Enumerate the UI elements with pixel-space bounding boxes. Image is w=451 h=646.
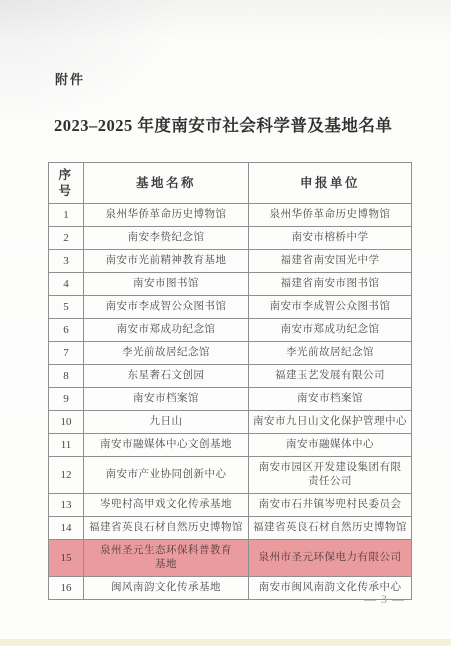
base-name-cell: 泉州华侨革命历史博物馆 — [84, 204, 249, 227]
base-list-table: 序号 基地名称 申报单位 1 泉州华侨革命历史博物馆 泉州华侨革命历史博物馆 2… — [48, 162, 412, 600]
table-row: 11 南安市融媒体中心文创基地 南安市融媒体中心 — [49, 434, 412, 457]
base-name-cell: 李光前故居纪念馆 — [84, 342, 249, 365]
declaring-unit-cell: 泉州华侨革命历史博物馆 — [249, 204, 412, 227]
declaring-unit-cell: 南安市九日山文化保护管理中心 — [249, 411, 412, 434]
declaring-unit-cell: 南安市郑成功纪念馆 — [249, 319, 412, 342]
serial-number-cell: 2 — [49, 227, 84, 250]
attachment-label: 附件 — [55, 69, 85, 88]
serial-number-cell: 6 — [49, 319, 84, 342]
base-name-cell: 南安市李成智公众图书馆 — [84, 296, 249, 319]
table-row: 5 南安市李成智公众图书馆 南安市李成智公众图书馆 — [49, 296, 412, 319]
table-row: 13 岑兜村高甲戏文化传承基地 南安市石井镇岑兜村民委员会 — [49, 494, 412, 517]
serial-number-cell: 8 — [49, 365, 84, 388]
declaring-unit-cell: 福建省南安市图书馆 — [249, 273, 412, 296]
serial-number-cell: 12 — [49, 457, 84, 494]
base-name-cell: 福建省英良石材自然历史博物馆 — [84, 517, 249, 540]
table-row: 7 李光前故居纪念馆 李光前故居纪念馆 — [49, 342, 412, 365]
declaring-unit-cell: 福建省南安国光中学 — [249, 250, 412, 273]
declaring-unit-cell: 李光前故居纪念馆 — [249, 342, 412, 365]
base-name-cell: 南安市光前精神教育基地 — [84, 250, 249, 273]
table-row: 6 南安市郑成功纪念馆 南安市郑成功纪念馆 — [49, 319, 412, 342]
declaring-unit-cell: 南安市李成智公众图书馆 — [249, 296, 412, 319]
table-row: 10 九日山 南安市九日山文化保护管理中心 — [49, 411, 412, 434]
declaring-unit-cell: 南安市融媒体中心 — [249, 434, 412, 457]
header-base-name: 基地名称 — [84, 163, 249, 204]
base-name-cell: 岑兜村高甲戏文化传承基地 — [84, 494, 249, 517]
header-declaring-unit: 申报单位 — [249, 163, 412, 204]
table-row: 9 南安市档案馆 南安市档案馆 — [49, 388, 412, 411]
header-row: 序号 基地名称 申报单位 — [49, 163, 412, 204]
base-name-cell: 泉州圣元生态环保科普教育 基地 — [84, 540, 249, 577]
declaring-unit-cell: 南安市榕桥中学 — [249, 227, 412, 250]
serial-number-cell: 3 — [49, 250, 84, 273]
serial-number-cell: 14 — [49, 517, 84, 540]
declaring-unit-cell: 福建玉艺发展有限公司 — [249, 365, 412, 388]
base-name-cell: 南安市档案馆 — [84, 388, 249, 411]
document-title: 2023–2025 年度南安市社会科学普及基地名单 — [54, 112, 414, 136]
table-row: 15 泉州圣元生态环保科普教育 基地 泉州市圣元环保电力有限公司 — [49, 540, 412, 577]
base-name-cell: 南安李贽纪念馆 — [84, 227, 249, 250]
serial-number-cell: 16 — [49, 577, 84, 600]
declaring-unit-cell: 福建省英良石材自然历史博物馆 — [249, 517, 412, 540]
base-name-cell: 南安市融媒体中心文创基地 — [84, 434, 249, 457]
table-row: 3 南安市光前精神教育基地 福建省南安国光中学 — [49, 250, 412, 273]
base-name-cell: 南安市产业协同创新中心 — [84, 457, 249, 494]
serial-number-cell: 9 — [49, 388, 84, 411]
serial-number-cell: 10 — [49, 411, 84, 434]
table-row: 1 泉州华侨革命历史博物馆 泉州华侨革命历史博物馆 — [49, 204, 412, 227]
table-body: 1 泉州华侨革命历史博物馆 泉州华侨革命历史博物馆 2 南安李贽纪念馆 南安市榕… — [49, 204, 412, 600]
scan-edge-strip — [0, 639, 451, 646]
serial-number-cell: 15 — [49, 540, 84, 577]
scanned-document-page: 附件 2023–2025 年度南安市社会科学普及基地名单 序号 基地名称 申报单… — [0, 0, 451, 646]
table-header: 序号 基地名称 申报单位 — [49, 163, 412, 204]
serial-number-cell: 1 — [49, 204, 84, 227]
declaring-unit-cell: 南安市石井镇岑兜村民委员会 — [249, 494, 412, 517]
base-name-cell: 东星奢石文创园 — [84, 365, 249, 388]
serial-number-cell: 13 — [49, 494, 84, 517]
page-number: — 3 — — [364, 592, 405, 607]
serial-number-cell: 11 — [49, 434, 84, 457]
declaring-unit-cell: 泉州市圣元环保电力有限公司 — [249, 540, 412, 577]
base-name-cell: 南安市图书馆 — [84, 273, 249, 296]
table-row: 4 南安市图书馆 福建省南安市图书馆 — [49, 273, 412, 296]
declaring-unit-cell: 南安市园区开发建设集团有限 责任公司 — [249, 457, 412, 494]
table-row: 16 闽风南韵文化传承基地 南安市闽风南韵文化传承中心 — [49, 577, 412, 600]
table-row: 8 东星奢石文创园 福建玉艺发展有限公司 — [49, 365, 412, 388]
base-name-cell: 闽风南韵文化传承基地 — [84, 577, 249, 600]
header-serial-number: 序号 — [49, 163, 84, 204]
table-row: 14 福建省英良石材自然历史博物馆 福建省英良石材自然历史博物馆 — [49, 517, 412, 540]
serial-number-cell: 4 — [49, 273, 84, 296]
serial-number-cell: 5 — [49, 296, 84, 319]
serial-number-cell: 7 — [49, 342, 84, 365]
declaring-unit-cell: 南安市档案馆 — [249, 388, 412, 411]
table-row: 2 南安李贽纪念馆 南安市榕桥中学 — [49, 227, 412, 250]
table-row: 12 南安市产业协同创新中心 南安市园区开发建设集团有限 责任公司 — [49, 457, 412, 494]
base-name-cell: 南安市郑成功纪念馆 — [84, 319, 249, 342]
base-name-cell: 九日山 — [84, 411, 249, 434]
